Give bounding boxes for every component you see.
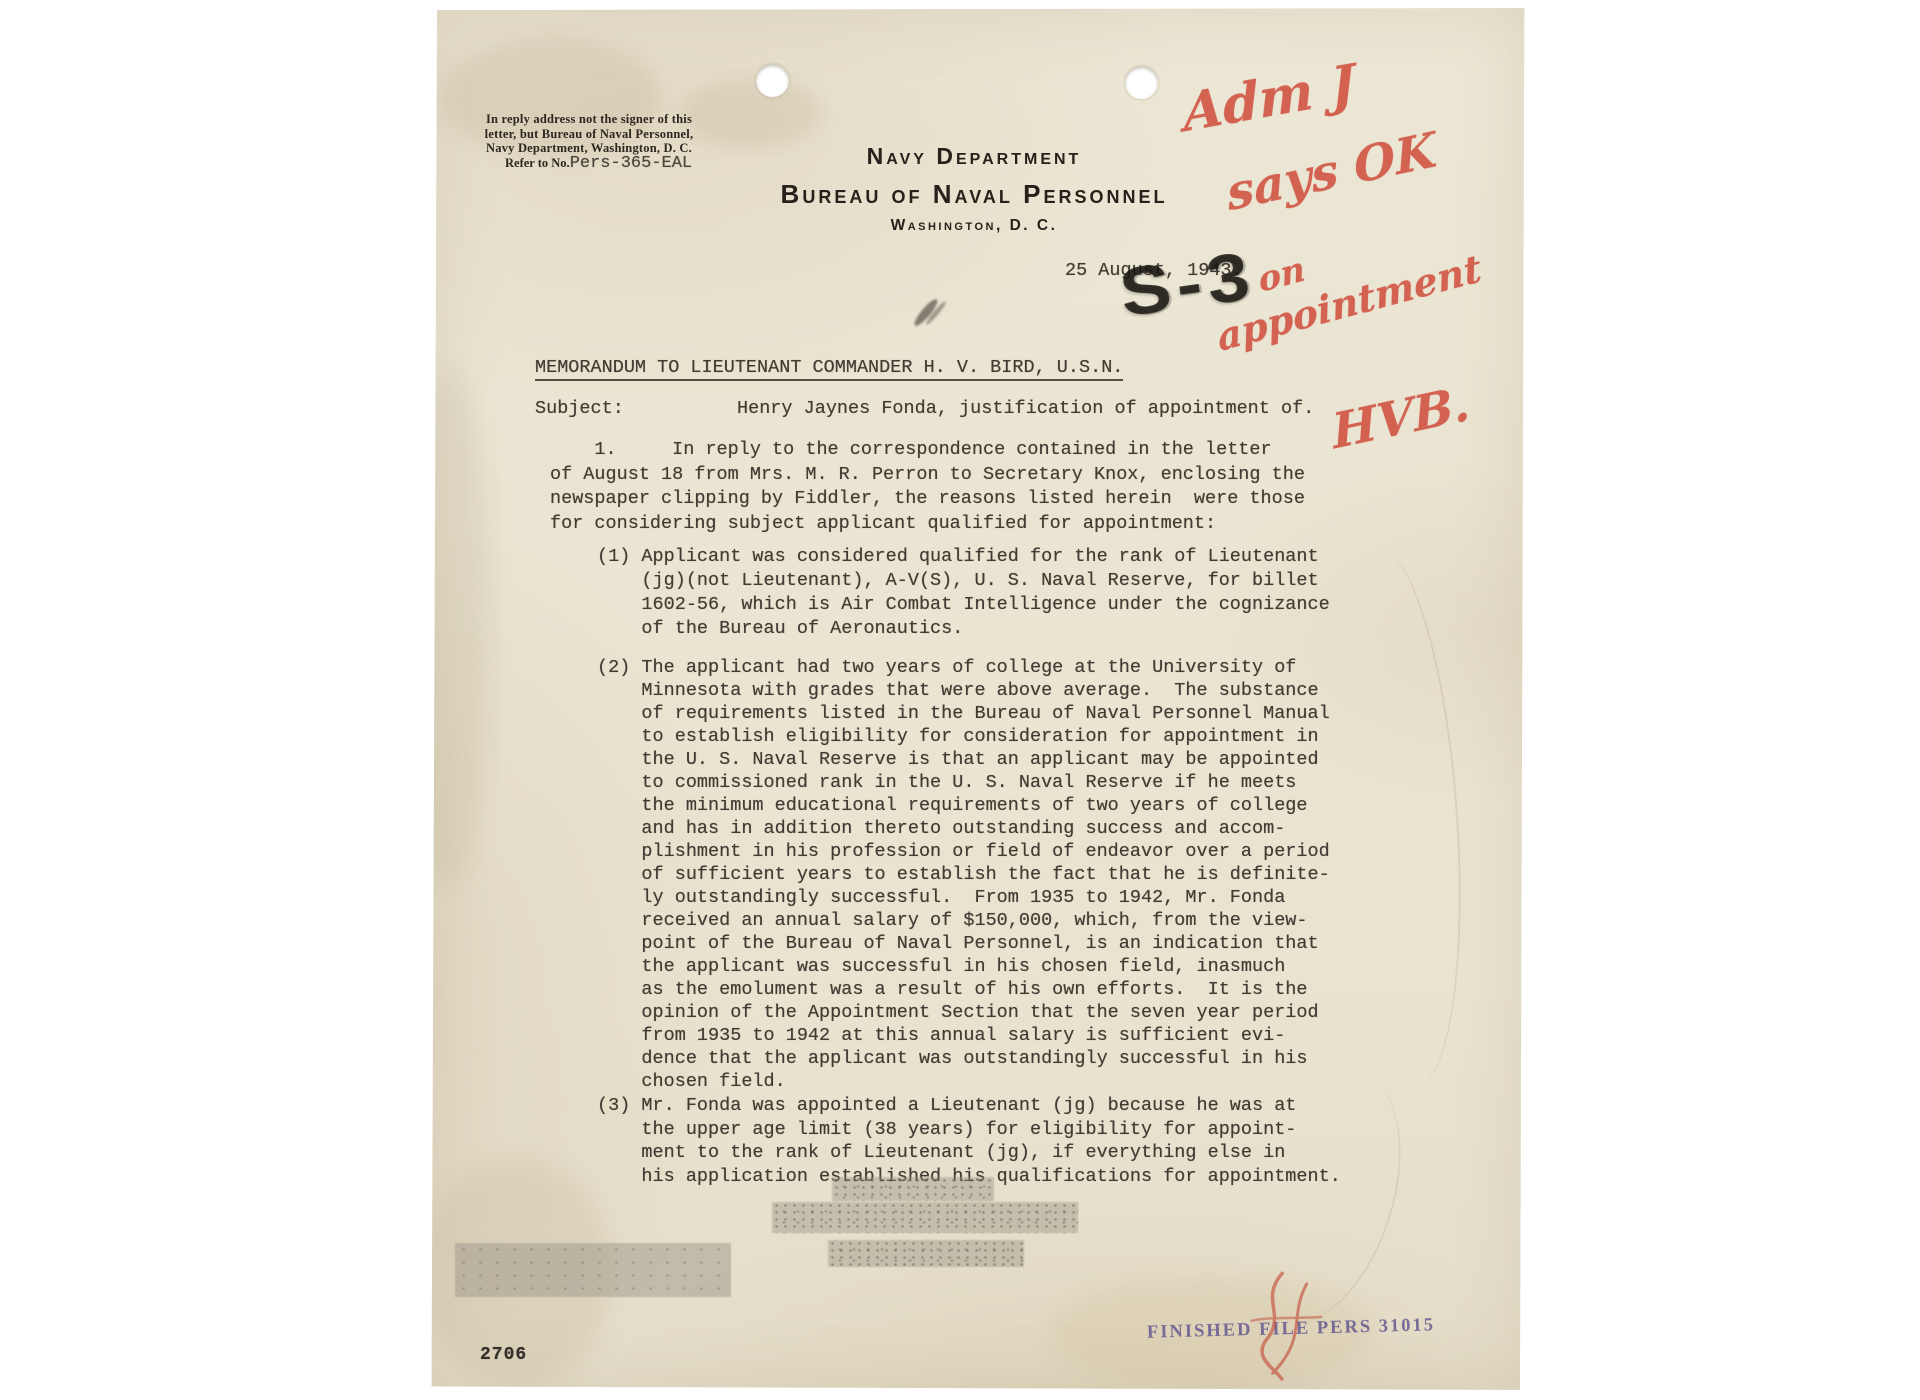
red-note-initials-hvb: HVB. bbox=[1330, 375, 1473, 460]
subject-text: Henry Jaynes Fonda, justification of app… bbox=[737, 398, 1314, 419]
red-scribble-initials bbox=[1202, 1255, 1361, 1392]
list-item-1: (1) Applicant was considered qualified f… bbox=[597, 545, 1330, 641]
refer-number: Pers-365-EAL bbox=[570, 154, 692, 173]
paragraph-1: 1. In reply to the correspondence contai… bbox=[550, 438, 1305, 536]
pencil-mark bbox=[912, 297, 941, 329]
red-note-says-ok: says OK bbox=[1224, 122, 1439, 222]
paper-sheet: In reply address not the signer of this … bbox=[431, 8, 1526, 1392]
letterhead-reply-note: In reply address not the signer of this … bbox=[459, 112, 719, 156]
department-title: Navy Department bbox=[773, 143, 1175, 170]
list-item-3: (3) Mr. Fonda was appointed a Lieutenant… bbox=[597, 1094, 1341, 1188]
scanned-document-page: In reply address not the signer of this … bbox=[0, 0, 1920, 1400]
red-note-adm-j: Adm J bbox=[1181, 53, 1357, 144]
punch-hole-right bbox=[1125, 66, 1158, 99]
redaction-block bbox=[828, 1240, 1024, 1267]
refer-line: Refer to No. Pers-365-EAL bbox=[505, 154, 692, 173]
stain bbox=[431, 368, 491, 888]
punch-hole-left bbox=[756, 64, 789, 97]
city-line: Washington, D. C. bbox=[773, 217, 1175, 235]
refer-label: Refer to No. bbox=[505, 156, 570, 171]
redaction-block bbox=[832, 1177, 994, 1201]
redaction-block bbox=[455, 1243, 731, 1297]
memo-heading: MEMORANDUM TO LIEUTENANT COMMANDER H. V.… bbox=[535, 357, 1123, 381]
list-item-2: (2) The applicant had two years of colle… bbox=[597, 656, 1330, 1093]
redaction-block bbox=[772, 1202, 1078, 1233]
paper-crease bbox=[1317, 544, 1476, 1091]
page-number: 2706 bbox=[480, 1345, 527, 1365]
subject-label: Subject: bbox=[535, 398, 624, 419]
bureau-title: Bureau of Naval Personnel bbox=[773, 179, 1175, 210]
